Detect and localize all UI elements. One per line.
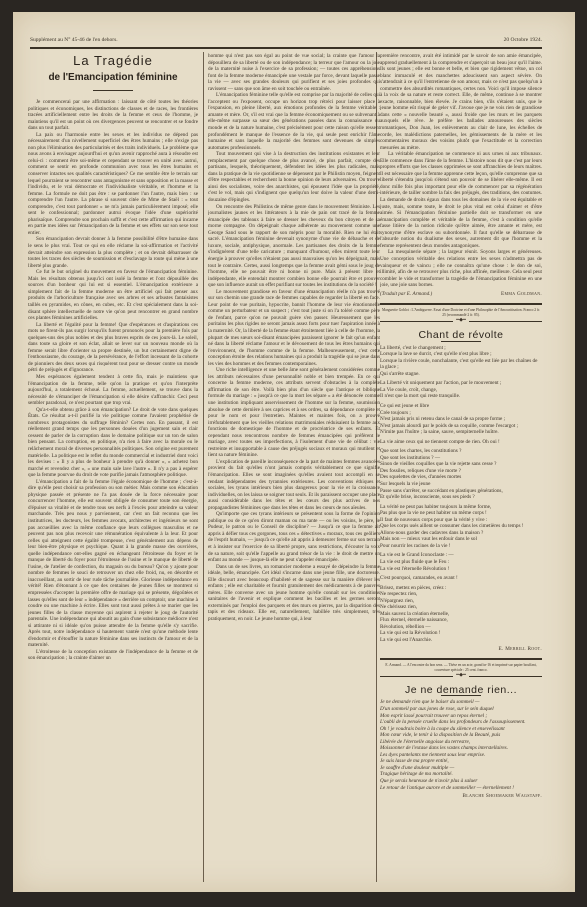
- author-name: Blanche Shoemaker Wagstaff.: [463, 793, 543, 800]
- poem-chant-de-revolte: La liberté, c'est le changement ;Lorsque…: [380, 345, 542, 644]
- header-rule: [30, 47, 542, 49]
- paragraph: Qu'importe que ces tyrans intérieurs se …: [208, 511, 380, 563]
- poem-line: Lorsque la rivière coule, nonchalante, c…: [380, 358, 542, 371]
- poem-title: Je ne demande rien...: [380, 687, 542, 694]
- paragraph: Son émancipation devrait donner à la fem…: [28, 236, 198, 269]
- paragraph: On rencontre des Philistins de même genr…: [208, 204, 380, 289]
- paragraph: L'explication de pareille inconséquence …: [208, 459, 380, 511]
- poem-signature: Blanche Shoemaker Wagstaff.: [380, 793, 542, 800]
- article-title: La Tragédie: [28, 53, 198, 69]
- paragraph: Je commencerai par une affirmation : lai…: [28, 99, 198, 132]
- article-column-1: La Tragédie de l'Emancipation féminine J…: [28, 53, 198, 883]
- paragraph: Mes espérances également tendent à cette…: [28, 374, 198, 407]
- article-column-3: première rencontre, avait été intimidé p…: [380, 53, 542, 883]
- article-column-2: homme qui n'est pas son égal au point de…: [208, 53, 380, 883]
- ornament-divider: ━◆━: [380, 321, 542, 328]
- paragraph: Le mouvement grandiose en faveur d'une é…: [208, 289, 380, 368]
- paragraph: Dans un de ses livres, un romancier mode…: [208, 564, 380, 623]
- paragraph: La paix ou l'harmonie entre les sexes et…: [28, 132, 198, 237]
- ornament-divider: ━◆━: [380, 676, 542, 683]
- poem-line: Le retour de l'antique aurore et de somm…: [380, 785, 542, 792]
- column-divider: [203, 52, 204, 882]
- paragraph: L'étroitesse de la conception existante …: [28, 649, 198, 662]
- poem-signature: E. Merrill Root.: [380, 646, 542, 653]
- author-name: E. Merrill Root.: [499, 646, 542, 653]
- page-header: Supplément au N° 45-46 de l'en dehors. 2…: [30, 37, 542, 47]
- article-subtitle: de l'Emancipation féminine: [28, 71, 198, 84]
- book-notice: Marguerite Goblot : L'Ambiguerre. Essai …: [380, 303, 542, 317]
- translator-credit: (Traduit par E. Armand.): [380, 291, 432, 298]
- poem-line: Que les corps usés aillent se consumer d…: [380, 523, 542, 530]
- paragraph: La véritable émancipation ne commence ni…: [380, 151, 542, 249]
- paragraph: L'émancipation féminine telle qu'elle es…: [208, 92, 380, 151]
- author-name: Emma Goldman.: [501, 291, 542, 298]
- book-notice: E. Armand. — A l'encontre du bon sens. —…: [380, 658, 542, 672]
- poem-je-ne-demande-rien: Je ne demande rien que le baiser du somm…: [380, 699, 542, 791]
- supplement-label: Supplément au N° 45-46 de l'en dehors.: [30, 37, 118, 43]
- poem-title: Chant de révolte: [380, 332, 542, 339]
- paragraph: Une riche intelligence et une belle âme …: [208, 367, 380, 459]
- title-divider: [93, 90, 133, 91]
- poem-line: L'oubli de la pensée cruelle dans les pr…: [380, 719, 542, 726]
- paragraph: Ce fut le but originel du mouvement en f…: [28, 269, 198, 321]
- poem-line: La vie qui est l'Anarchie.: [380, 637, 542, 644]
- paragraph: Qu'a-t-elle obtenu grâce à son émancipat…: [28, 407, 198, 479]
- paragraph: La liberté et l'égalité pour la femme! Q…: [28, 322, 198, 374]
- article-signature: (Traduit par E. Armand.) Emma Goldman.: [380, 291, 542, 298]
- paragraph: Tout mouvement qui vise à la destruction…: [208, 151, 380, 203]
- paragraph: L'émancipation a fait de la femme l'égal…: [28, 479, 198, 649]
- paragraph: La mesquinerie sépare ; la largeur réuni…: [380, 249, 542, 288]
- issue-date: 20 Octobre 1924.: [504, 37, 542, 43]
- paragraph: première rencontre, avait été intimidé p…: [380, 53, 542, 151]
- paragraph: homme qui n'est pas son égal au point de…: [208, 53, 380, 92]
